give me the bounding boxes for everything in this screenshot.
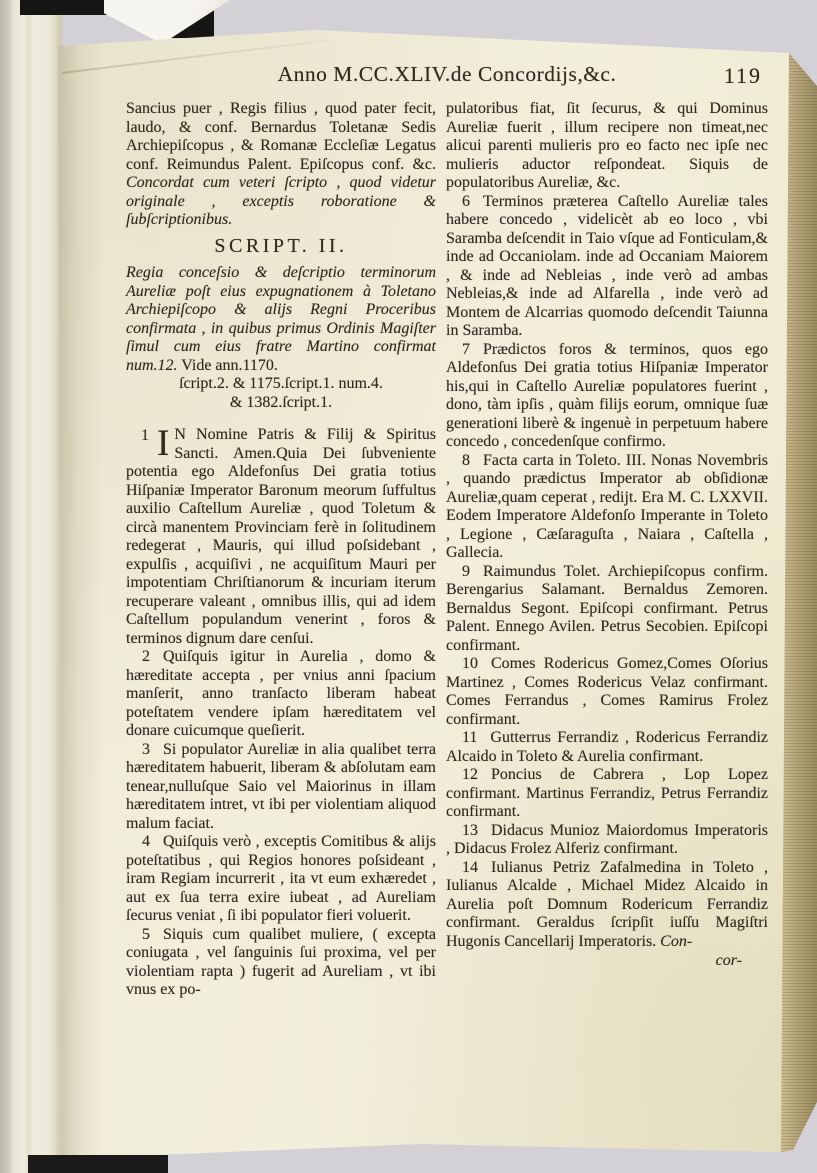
paragraph-number: 1 <box>141 427 149 446</box>
section-heading: SCRIPT. II. <box>126 237 436 256</box>
book-clamp-top-left <box>20 0 114 15</box>
paragraph-number: 12 <box>462 766 478 783</box>
paragraph: Sancius puer , Regis filius , quod pater… <box>126 100 436 230</box>
printed-page-content: Anno M.CC.XLIV.de Concordijs,&c. 119 San… <box>126 62 768 1000</box>
paragraph-4: 4Quiſquis verò , exceptis Comitibus & al… <box>126 833 436 926</box>
paragraph-number: 5 <box>142 926 150 943</box>
paragraph-13: 13Didacus Munioz Maiordomus Imperatoris … <box>446 822 768 859</box>
catchword: cor- <box>446 952 768 971</box>
paragraph-number: 10 <box>462 655 478 672</box>
paragraph-number: 3 <box>142 741 150 758</box>
paragraph: Regia conceſsio & deſcriptio terminorum … <box>126 264 436 375</box>
paragraph: & 1382.ſcript.1. <box>126 394 436 413</box>
paragraph-number: 4 <box>142 833 150 850</box>
paragraph-7: 7Prædictos foros & terminos, quos ego Al… <box>446 341 768 452</box>
page-number: 119 <box>724 63 762 89</box>
gutter-shadow <box>58 30 104 1159</box>
paragraph-number: 11 <box>462 729 477 746</box>
paragraph-number: 7 <box>462 341 470 358</box>
opposite-page-edge <box>0 0 62 1173</box>
paragraph-9: 9Raimundus Tolet. Archiepiſcopus confirm… <box>446 563 768 656</box>
paragraph-number: 2 <box>142 648 150 665</box>
paragraph-number: 9 <box>462 563 470 580</box>
paragraph-number: 8 <box>462 452 470 469</box>
paragraph-number: 13 <box>462 822 478 839</box>
paragraph-6: 6Terminos præterea Caſtello Aureliæ tale… <box>446 193 768 341</box>
paragraph-2: 2Quiſquis igitur in Aurelia , domo & hær… <box>126 648 436 741</box>
paragraph-11: 11Gutterrus Ferrandiz , Rodericus Ferran… <box>446 729 768 766</box>
running-head: Anno M.CC.XLIV.de Concordijs,&c. 119 <box>126 62 768 92</box>
paragraph-number: 14 <box>462 859 478 876</box>
paragraph-1: 1IN Nomine Patris & Filij & Spiritus San… <box>126 426 436 648</box>
book-clamp-bottom <box>28 1155 168 1173</box>
paragraph-8: 8Facta carta in Toleto. III. Nonas Novem… <box>446 452 768 563</box>
paragraph-10: 10Comes Rodericus Gomez,Comes Oſorius Ma… <box>446 655 768 729</box>
paragraph-14: 14Iulianus Petriz Zafalmedina in Toleto … <box>446 859 768 952</box>
right-column: pulatoribus fiat, ſit ſecurus, & qui Dom… <box>446 100 768 1000</box>
paragraph: pulatoribus fiat, ſit ſecurus, & qui Dom… <box>446 100 768 193</box>
page-title: Anno M.CC.XLIV.de Concordijs,&c. <box>126 62 768 87</box>
drop-cap-initial: I <box>157 427 169 460</box>
left-column: Sancius puer , Regis filius , quod pater… <box>126 100 436 1000</box>
paragraph: ſcript.2. & 1175.ſcript.1. num.4. <box>126 375 436 394</box>
paragraph-5: 5Siquis cum qualibet muliere, ( excepta … <box>126 926 436 1000</box>
paragraph-12: 12Poncius de Cabrera , Lop Lopez confirm… <box>446 766 768 822</box>
paragraph-3: 3Si populator Aureliæ in alia qualibet t… <box>126 741 436 834</box>
paragraph-number: 6 <box>462 193 470 210</box>
text-columns: Sancius puer , Regis filius , quod pater… <box>126 100 768 1000</box>
